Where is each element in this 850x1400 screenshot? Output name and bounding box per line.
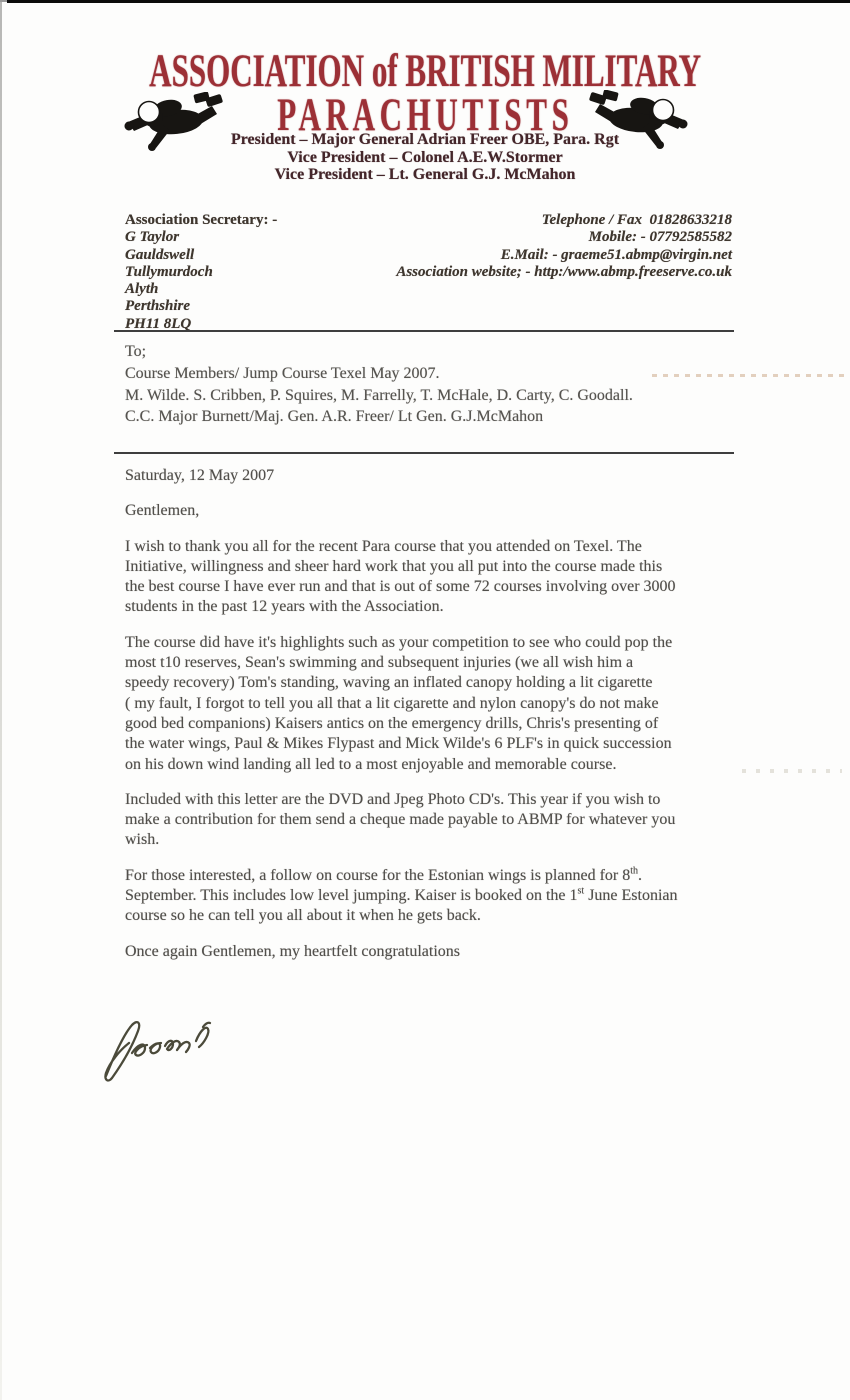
address-line: Perthshire	[125, 298, 277, 315]
contact-block: Telephone / Fax 01828633218 Mobile: - 07…	[396, 212, 732, 281]
scan-artifact-specks	[742, 769, 842, 773]
paragraph-thanks: I wish to thank you all for the recent P…	[125, 537, 757, 618]
horizontal-rule-top	[114, 330, 734, 332]
ordinal-superscript-th: th	[630, 865, 638, 876]
officers-block: President – Major General Adrian Freer O…	[0, 131, 850, 184]
recipients-block: To; Course Members/ Jump Course Texel Ma…	[125, 341, 633, 428]
website-line: Association website; - http:/www.abmp.fr…	[396, 264, 732, 281]
address-line: Gauldswell	[125, 247, 277, 264]
paragraph-estonian-part1: For those interested, a follow on course…	[125, 867, 630, 884]
address-line: Alyth	[125, 281, 277, 298]
vice-president-line-2: Vice President – Lt. General G.J. McMaho…	[0, 166, 850, 184]
address-line: Tullymurdoch	[125, 264, 277, 281]
mobile-line: Mobile: - 07792585582	[396, 229, 732, 246]
telephone-fax-line: Telephone / Fax 01828633218	[396, 212, 732, 229]
scan-artifact-streak	[652, 374, 850, 377]
secretary-heading: Association Secretary: -	[125, 212, 277, 229]
vice-president-line-1: Vice President – Colonel A.E.W.Stormer	[0, 149, 850, 167]
closing-line: Once again Gentlemen, my heartfelt congr…	[125, 942, 757, 962]
course-line: Course Members/ Jump Course Texel May 20…	[125, 363, 633, 385]
paragraph-dvd: Included with this letter are the DVD an…	[125, 790, 757, 851]
email-line: E.Mail: - graeme51.abmp@virgin.net	[396, 247, 732, 264]
cc-line: C.C. Major Burnett/Maj. Gen. A.R. Freer/…	[125, 406, 633, 428]
horizontal-rule-bottom	[114, 452, 734, 454]
to-label: To;	[125, 341, 633, 363]
letter-date: Saturday, 12 May 2007	[125, 466, 757, 486]
scan-artifact-top-edge	[7, 0, 850, 3]
salutation: Gentlemen,	[125, 501, 757, 521]
members-line: M. Wilde. S. Cribben, P. Squires, M. Far…	[125, 385, 633, 407]
secretary-name: G Taylor	[125, 229, 277, 246]
scanned-letter-page: ASSOCIATION of BRITISH MILITARY PARACHUT…	[0, 0, 850, 1400]
scan-artifact-left-edge	[0, 2, 2, 1400]
president-line: President – Major General Adrian Freer O…	[0, 131, 850, 149]
signature-handwriting	[98, 1012, 248, 1092]
paragraph-estonian: For those interested, a follow on course…	[125, 866, 757, 927]
letter-body: Saturday, 12 May 2007 Gentlemen, I wish …	[125, 466, 757, 977]
secretary-address-block: Association Secretary: - G Taylor Gaulds…	[125, 212, 277, 333]
paragraph-highlights: The course did have it's highlights such…	[125, 633, 757, 775]
